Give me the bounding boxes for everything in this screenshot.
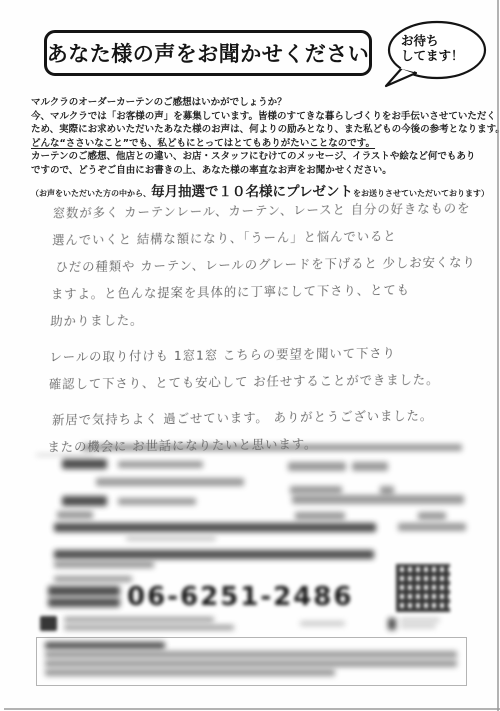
redacted-text-bar — [126, 536, 216, 541]
intro-line-1: マルクラのオーダーカーテンのご感想はいかがでしょうか？ — [31, 96, 483, 110]
scan-edge-right — [497, 0, 499, 711]
redacted-text-bar — [57, 511, 93, 519]
intro-line-4-underlined: どんな“ささいなこと”でも、私どもにとってはとてもありがたいことなのです。 — [31, 137, 483, 151]
redacted-text-bar — [118, 498, 196, 505]
redacted-text-bar — [54, 576, 132, 582]
redacted-note-line — [45, 660, 457, 667]
redacted-field-label — [62, 459, 107, 469]
redacted-text-bar — [292, 495, 464, 504]
hw-line: 新居で気持ちよく 過ごせています。 ありがとうございました。 — [48, 402, 469, 434]
prize-note-prefix: （お声をいただいた方の中から、 — [31, 189, 151, 198]
redacted-text-bar — [54, 561, 154, 568]
intro-line-5: カーテンのご感想、他店との違い、お店・スタッフにむけてのメッセージ、イラストや絵… — [31, 150, 483, 164]
qr-code-image — [396, 564, 450, 612]
privacy-note-box — [36, 637, 467, 686]
redacted-note-line — [45, 651, 457, 658]
handwriting-paragraph-2: レールの取り付けも 1窓1窓 こちらの要望を聞いて下さり 確認して下さり、とても… — [49, 339, 470, 398]
page-title: あなた様の声をお聞かせください — [47, 38, 370, 68]
intro-line-2: 今、マルクラでは「お客様の声」を募集しています。皆様のすてきな暮らしづくりをお手… — [31, 110, 483, 124]
redacted-field-label — [62, 496, 107, 506]
phone-number: 06-6251-2486 — [127, 582, 354, 612]
redacted-text-bar — [96, 478, 244, 486]
feedback-sheet: あなた様の声をお聞かせください お待ち してます！ マルクラのオーダーカーテンの… — [0, 0, 500, 711]
handwritten-comment: 窓数が多く カーテンレール、カーテン、レースと 自分の好きなものを 選んでいくと… — [47, 195, 473, 470]
redacted-text-bar — [82, 444, 462, 451]
redacted-qr-caption-icon — [388, 618, 396, 630]
scan-edge-bottom — [4, 708, 500, 710]
redacted-qr-caption — [400, 618, 440, 622]
redacted-qr-caption — [400, 624, 436, 628]
page-title-box: あなた様の声をお聞かせください — [44, 30, 372, 76]
redacted-text-bar — [54, 523, 376, 532]
redacted-phone-prefix — [48, 586, 120, 596]
redacted-text-bar — [118, 461, 203, 468]
redacted-note-heading — [45, 642, 165, 649]
handwriting-paragraph-3: 新居で気持ちよく 過ごせています。 ありがとうございました。 またの機会に お世… — [47, 402, 468, 461]
hw-line: 助かりました。 — [50, 303, 471, 335]
intro-line-6: ですので、どうぞご自由にお書きの上、あなた様の率直なお声をお聞かせください。 — [31, 164, 483, 178]
redacted-shop-name — [54, 550, 374, 559]
redacted-text-bar — [288, 462, 346, 471]
intro-line-3: ため、実際にお求めいただいたあなた様のお声は、何よりの励みとなり、また私どもの今… — [31, 123, 483, 137]
redacted-address-line — [64, 617, 214, 622]
mail-icon — [40, 616, 57, 631]
intro-text: マルクラのオーダーカーテンのご感想はいかがでしょうか？ 今、マルクラでは「お客様… — [31, 96, 483, 200]
redacted-text-bar — [352, 462, 388, 471]
bubble-line-1: お待ち — [401, 33, 477, 48]
redacted-text-bar — [290, 486, 342, 494]
redacted-phone-prefix — [48, 598, 120, 607]
redacted-text-bar — [398, 523, 466, 531]
redacted-text-bar — [300, 621, 345, 626]
speech-bubble-text: お待ち してます！ — [401, 33, 477, 63]
redacted-note-line — [45, 669, 335, 676]
redacted-address-line — [64, 625, 234, 630]
redacted-text-bar — [380, 486, 394, 495]
redacted-text-bar — [295, 512, 345, 520]
hw-line: 窓数が多く カーテンレール、カーテン、レースと 自分の好きなものを — [52, 195, 473, 227]
bubble-line-2: してます！ — [401, 48, 477, 63]
redacted-text-bar — [418, 512, 446, 520]
redacted-text-bar — [36, 454, 94, 456]
hw-line: ますよ。と色んな提案を具体的に丁寧にして下さり、とても — [51, 276, 472, 308]
hw-line: 確認して下さり、とても安心して お任せすることができました。 — [49, 366, 470, 398]
handwriting-paragraph-1: 窓数が多く カーテンレール、カーテン、レースと 自分の好きなものを 選んでいくと… — [50, 195, 473, 335]
